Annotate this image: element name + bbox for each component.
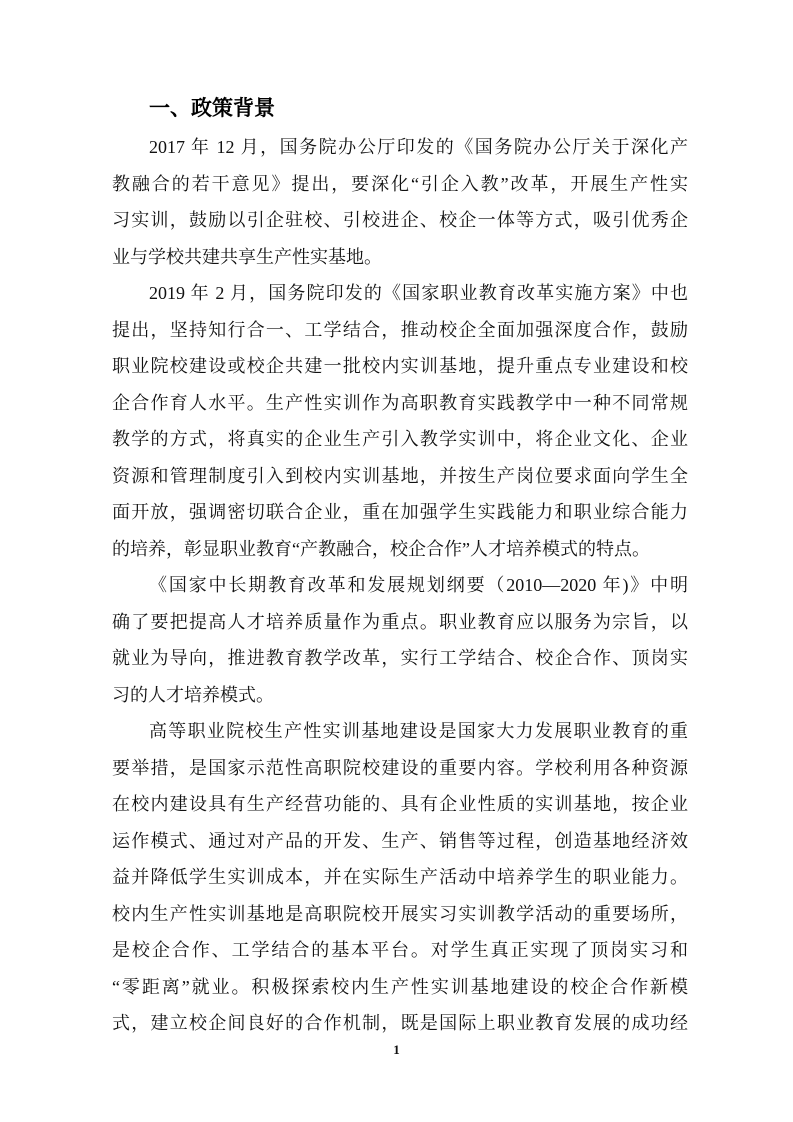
text-line: 资源和管理制度引入到校内实训基地，并按生产岗位要求面向学生全 xyxy=(112,458,688,495)
text-line: 校内生产性实训基地是高职院校开展实习实训教学活动的重要场所， xyxy=(112,896,688,933)
text-line: 习的人才培养模式。 xyxy=(112,677,688,714)
text-line: 运作模式、通过对产品的开发、生产、销售等过程，创造基地经济效 xyxy=(112,823,688,860)
text-line: 确了要把提高人才培养质量作为重点。职业教育应以服务为宗旨，以 xyxy=(112,604,688,641)
text-line: 企合作育人水平。生产性实训作为高职教育实践教学中一种不同常规 xyxy=(112,385,688,422)
paragraph-1: 2017 年 12 月，国务院办公厅印发的《国务院办公厅关于深化产 教融合的若干… xyxy=(112,129,688,275)
text-line: 高等职业院校生产性实训基地建设是国家大力发展职业教育的重 xyxy=(112,713,688,750)
text-line: 式，建立校企间良好的合作机制，既是国际上职业教育发展的成功经 xyxy=(112,1005,688,1042)
page-number: 1 xyxy=(0,1042,793,1058)
text-line: 业与学校共建共享生产性实基地。 xyxy=(112,239,688,276)
document-body: 2017 年 12 月，国务院办公厅印发的《国务院办公厅关于深化产 教融合的若干… xyxy=(112,129,688,1042)
text-line: 教学的方式，将真实的企业生产引入教学实训中，将企业文化、企业 xyxy=(112,421,688,458)
text-line: 2017 年 12 月，国务院办公厅印发的《国务院办公厅关于深化产 xyxy=(112,129,688,166)
text-line: 在校内建设具有生产经营功能的、具有企业性质的实训基地，按企业 xyxy=(112,786,688,823)
text-line: 是校企合作、工学结合的基本平台。对学生真正实现了顶岗实习和 xyxy=(112,932,688,969)
paragraph-2: 2019 年 2 月，国务院印发的《国家职业教育改革实施方案》中也 提出，坚持知… xyxy=(112,275,688,567)
paragraph-4: 高等职业院校生产性实训基地建设是国家大力发展职业教育的重 要举措，是国家示范性高… xyxy=(112,713,688,1042)
text-line: 就业为导向，推进教育教学改革，实行工学结合、校企合作、顶岗实 xyxy=(112,640,688,677)
document-page: 一、政策背景 2017 年 12 月，国务院办公厅印发的《国务院办公厅关于深化产… xyxy=(0,0,793,1122)
text-line: 益并降低学生实训成本，并在实际生产活动中培养学生的职业能力。 xyxy=(112,859,688,896)
text-line: 《国家中长期教育改革和发展规划纲要（2010—2020 年)》中明 xyxy=(112,567,688,604)
text-line: “零距离”就业。积极探索校内生产性实训基地建设的校企合作新模 xyxy=(112,969,688,1006)
section-heading: 一、政策背景 xyxy=(112,94,688,124)
text-line: 教融合的若干意见》提出，要深化“引企入教”改革，开展生产性实 xyxy=(112,166,688,203)
text-line: 面开放，强调密切联合企业，重在加强学生实践能力和职业综合能力 xyxy=(112,494,688,531)
document-content: 一、政策背景 2017 年 12 月，国务院办公厅印发的《国务院办公厅关于深化产… xyxy=(112,94,688,1042)
text-line: 提出，坚持知行合一、工学结合，推动校企全面加强深度合作，鼓励 xyxy=(112,312,688,349)
text-line: 2019 年 2 月，国务院印发的《国家职业教育改革实施方案》中也 xyxy=(112,275,688,312)
text-line: 要举措，是国家示范性高职院校建设的重要内容。学校利用各种资源 xyxy=(112,750,688,787)
text-line: 职业院校建设或校企共建一批校内实训基地，提升重点专业建设和校 xyxy=(112,348,688,385)
paragraph-3: 《国家中长期教育改革和发展规划纲要（2010—2020 年)》中明 确了要把提高… xyxy=(112,567,688,713)
text-line: 的培养，彰显职业教育“产教融合，校企合作”人才培养模式的特点。 xyxy=(112,531,688,568)
text-line: 习实训，鼓励以引企驻校、引校进企、校企一体等方式，吸引优秀企 xyxy=(112,202,688,239)
